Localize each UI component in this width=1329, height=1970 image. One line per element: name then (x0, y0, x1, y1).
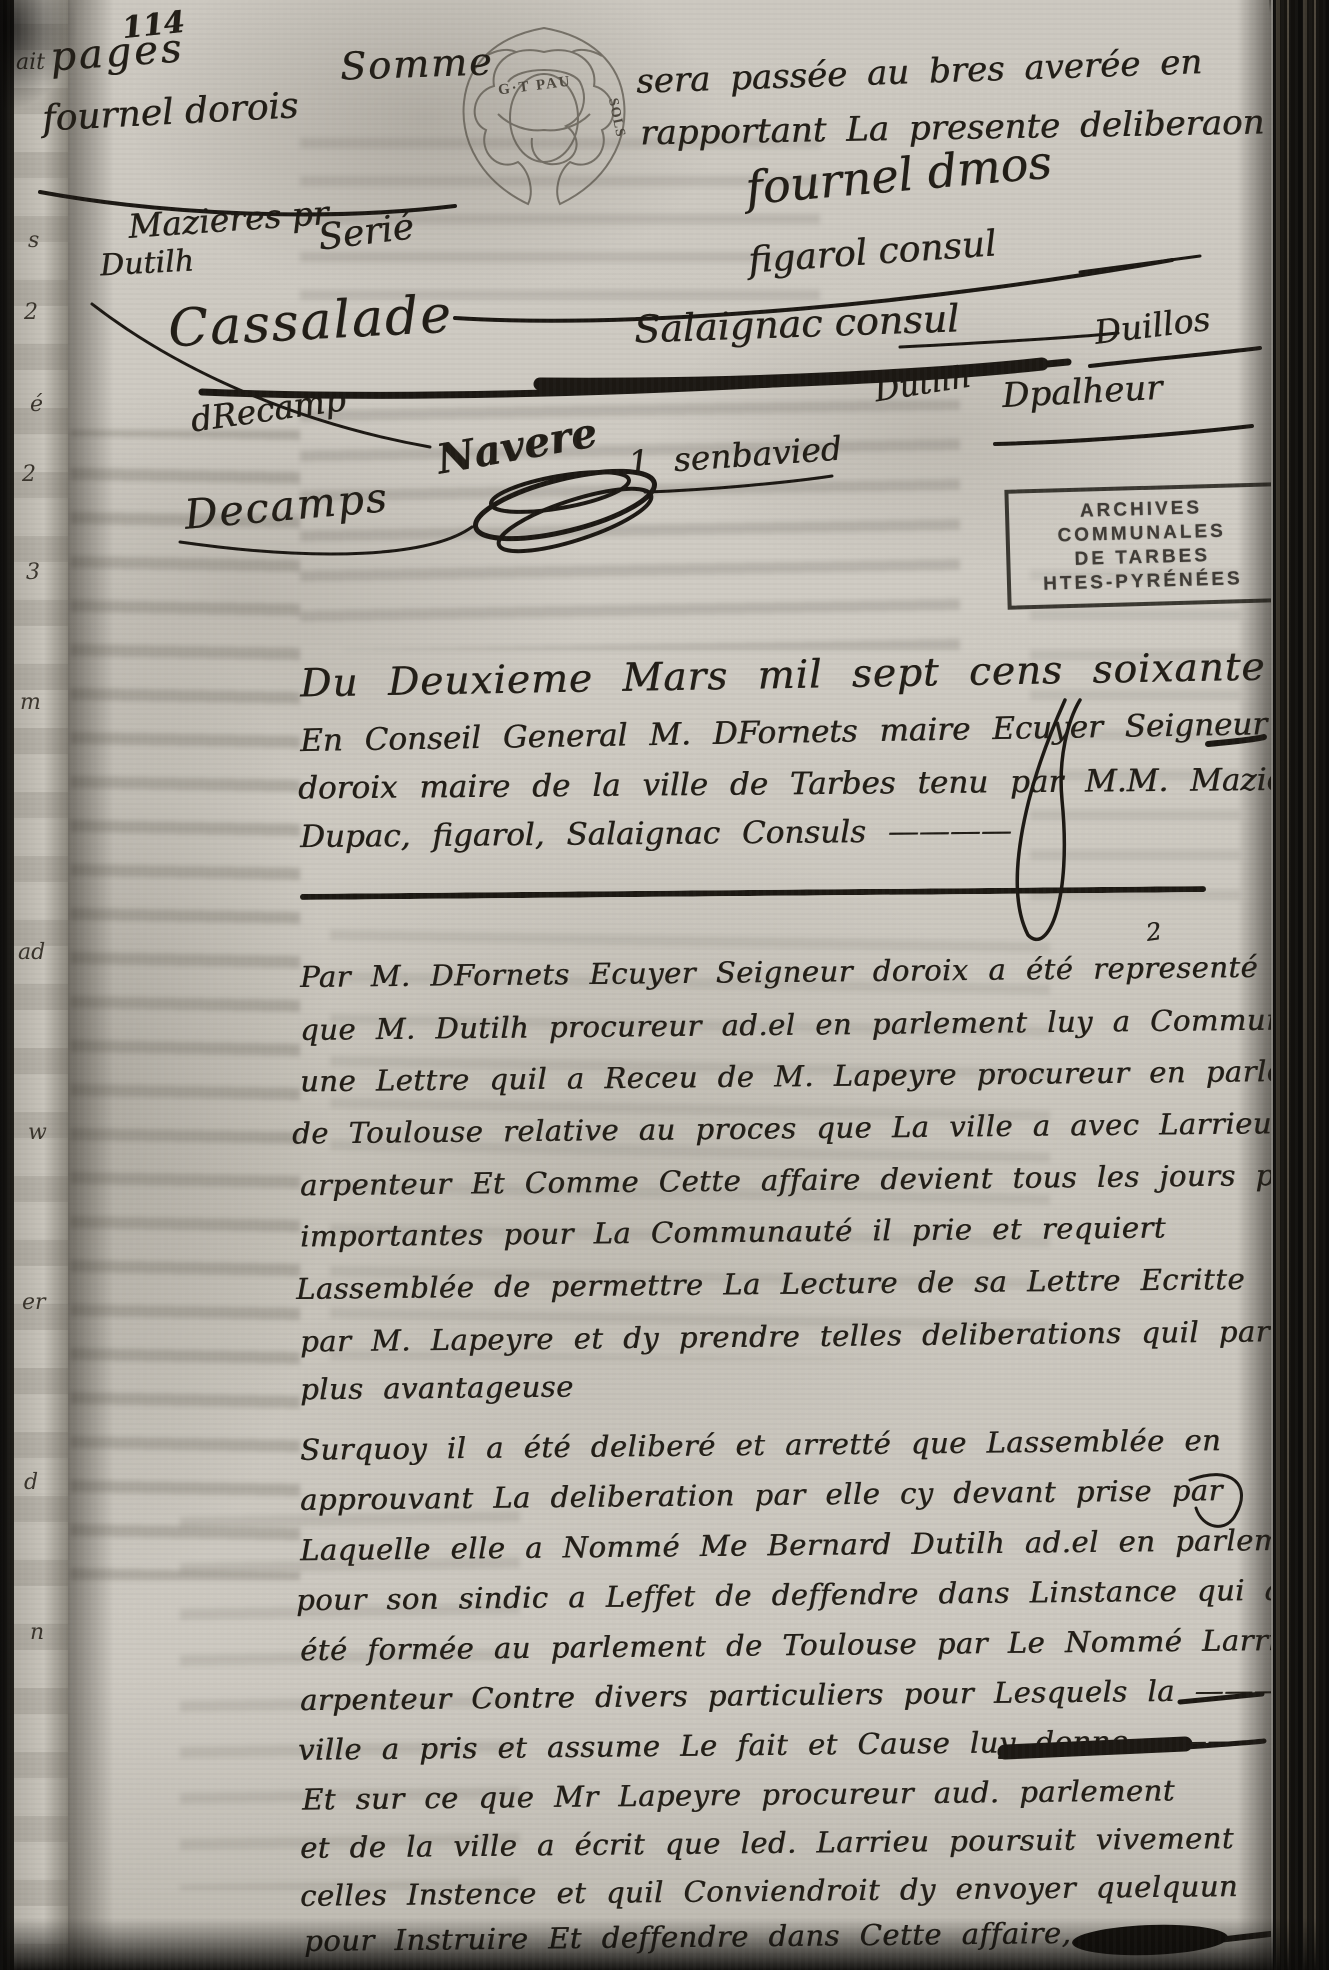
text-line: été formée au parlement de Toulouse par … (300, 1623, 1315, 1668)
bottom-binding-shadow (0, 1918, 1329, 1970)
signature-duillos: Duillos (1092, 299, 1212, 352)
text-line: que M. Dutilh procureur ad.el en parleme… (300, 1001, 1329, 1047)
text-line: arpenteur Et Comme Cette affaire devient… (300, 1158, 1319, 1203)
flourish-figarol-tail (1080, 256, 1200, 272)
text-line: une Lettre quil a Receu de M. Lapeyre pr… (300, 1054, 1329, 1099)
page-curl-shadow (1237, 0, 1271, 1970)
text-line: approuvant La deliberation par elle cy d… (300, 1473, 1223, 1517)
archives-stamp-line: HTES-PYRÉNÉES (1043, 567, 1243, 597)
flourish-navere-loop (488, 464, 631, 520)
text-line: et de la ville a écrit que led. Larrieu … (300, 1821, 1234, 1865)
text-line: Et sur ce que Mr Lapeyre procureur aud. … (302, 1773, 1175, 1816)
bleed-through-ghost (300, 400, 960, 650)
text-line: pour son sindic a Leffet de deffendre da… (296, 1573, 1283, 1617)
signature-cassalade: Cassalade (167, 285, 455, 360)
text-line: Par M. DFornets Ecuyer Seigneur doroix a… (300, 950, 1258, 994)
flourish-duillos-underline (1090, 348, 1260, 366)
text-line: par M. Lapeyre et dy prendre telles deli… (300, 1313, 1329, 1358)
page-edge-fragment: é (30, 392, 43, 417)
flourish-navere-loop (493, 476, 658, 563)
stray-ink-mark: 2 (1144, 917, 1163, 947)
heading-line: En Conseil General M. DFornets maire Ecu… (300, 705, 1329, 759)
signature-drecamp: dRecamp (188, 379, 348, 439)
signature-dutilh-2: Dutilh (872, 359, 974, 410)
signature-figarol: figarol consul (747, 223, 998, 281)
binding-shadow (0, 0, 14, 1970)
heading-line: Du Deuxieme Mars mil sept cens soixante … (300, 642, 1329, 706)
page-crease-shadow (68, 0, 114, 1970)
text-line: Surquoy il a été deliberé et arretté que… (300, 1423, 1221, 1467)
flourish-dpalheur-underline (995, 426, 1252, 444)
text-line: plus avantageuse (300, 1370, 574, 1407)
text-line: Laquelle elle a Nommé Me Bernard Dutilh … (300, 1523, 1304, 1568)
page-edge-fragment: s (28, 228, 39, 253)
signature-serie: Serié (316, 206, 416, 258)
header-word-somme: Somme (339, 39, 494, 88)
page-edge-fragment: w (28, 1120, 47, 1145)
page-edge-fragment: er (22, 1290, 46, 1315)
page-block-edge (1271, 0, 1329, 1970)
page-edge-fragment: ad (18, 940, 45, 965)
text-line: celles Instence et quil Conviendroit dy … (300, 1869, 1238, 1913)
signature-decamps: Decamps (182, 473, 390, 539)
heading-line: Dupac, figarol, Salaignac Consuls ———— (300, 813, 1012, 855)
separator-rule (300, 886, 1206, 900)
page-edge-fragment: n (30, 1620, 44, 1645)
text-line: de Toulouse relative au proces que La vi… (292, 1105, 1329, 1150)
header-line: sera passée au bres averée en (635, 42, 1202, 102)
signature-navere: Navere (433, 408, 601, 483)
signature-dutilh: Dutilh (99, 244, 195, 284)
margin-note: pages (49, 25, 186, 80)
page-edge-fragment: 2 (22, 462, 36, 487)
previous-page-edge: ait s 2 é 2 3 m w ad er n d (14, 0, 68, 1970)
text-line: ville a pris et assume Le fait et Cause … (298, 1723, 1237, 1767)
page-edge-fragment: m (20, 690, 41, 715)
text-line: arpenteur Contre divers particuliers pou… (300, 1673, 1283, 1717)
page-edge-fragment: 3 (26, 560, 40, 585)
signature-mazieres: Mazieres pr (127, 193, 330, 246)
heading-line: doroix maire de la ville de Tarbes tenu … (298, 761, 1329, 806)
page-edge-fragment: 2 (24, 300, 38, 325)
text-line: importantes pour La Communauté il prie e… (300, 1210, 1166, 1253)
page-edge-fragment: d (24, 1470, 38, 1495)
signature-salaignac: Salaignac consul (633, 296, 960, 351)
archives-stamp-line: ARCHIVES (1080, 496, 1203, 523)
signature-senbavied: 1 senbavied (627, 429, 843, 483)
text-line: Lassemblée de permettre La Lecture de sa… (296, 1262, 1245, 1306)
signature-dpalheur: Dpalheur (1001, 368, 1163, 416)
manuscript-scan: ait s 2 é 2 3 m w ad er n d G·T PAU SOLS… (0, 0, 1329, 1970)
